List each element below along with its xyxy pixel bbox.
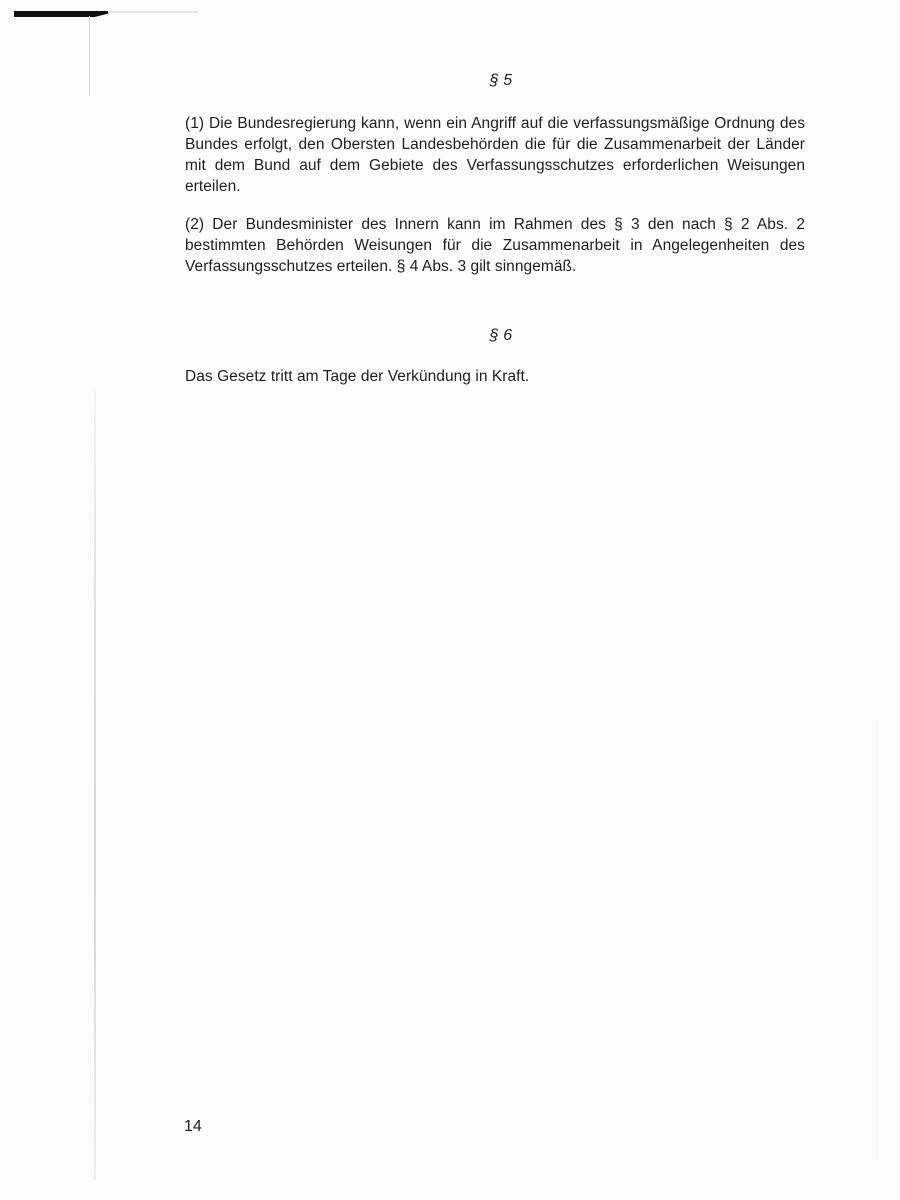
section-5-paragraph-1: (1) Die Bundesregierung kann, wenn ein A… xyxy=(185,113,805,197)
document-page: § 5 (1) Die Bundesregierung kann, wenn e… xyxy=(185,70,805,387)
scan-artifact-vertical-line xyxy=(89,16,90,96)
scan-artifact-right-edge xyxy=(876,720,877,1160)
section-5-paragraph-2: (2) Der Bundesminister des Innern kann i… xyxy=(185,214,805,277)
section-6-paragraph-1: Das Gesetz tritt am Tage der Verkündung … xyxy=(185,366,805,387)
page-number: 14 xyxy=(184,1118,202,1136)
section-heading-5: § 5 xyxy=(197,70,805,91)
scan-artifact-bar xyxy=(14,11,109,17)
scan-artifact-page-edge xyxy=(94,390,96,1180)
section-heading-6: § 6 xyxy=(197,325,805,346)
scan-artifact-line xyxy=(108,11,198,13)
